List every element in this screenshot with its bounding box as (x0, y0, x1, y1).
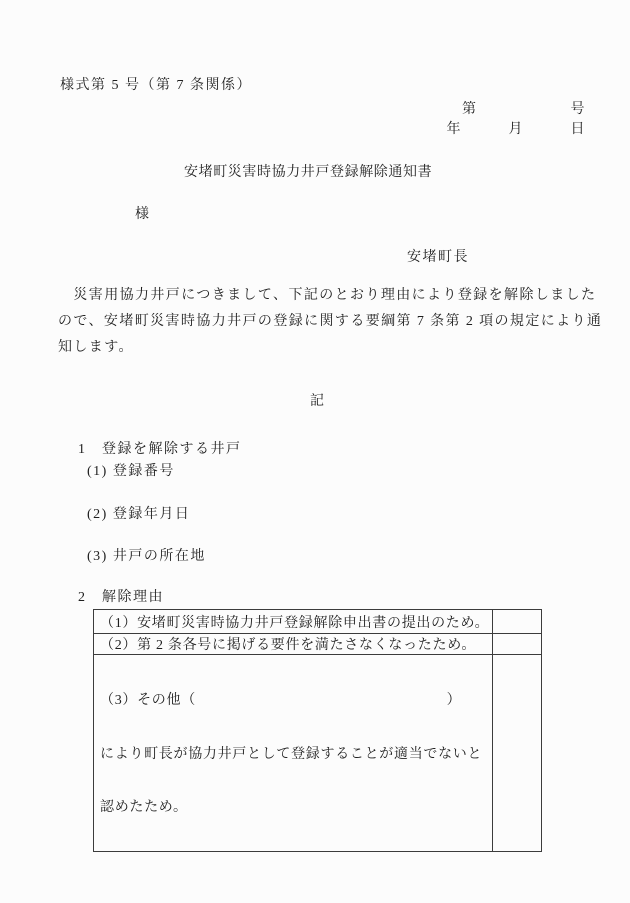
body-paragraph: 災害用協力井戸につきまして、下記のとおり理由により登録を解除しました ので、安堵… (58, 283, 603, 361)
form-number: 様式第 5 号（第 7 条関係） (60, 78, 252, 94)
section1-item-registration-number: (1) 登録番号 (87, 464, 175, 480)
section1-heading: 1 登録を解除する井戸 (78, 442, 242, 458)
reason-row-1: （1）安堵町災害時協力井戸登録解除申出書の提出のため。 (94, 610, 542, 634)
section2-heading: 2 解除理由 (78, 590, 164, 606)
reason-row-3: （3）その他（ ） により町長が協力井戸として登録することが適当でないと 認めた… (94, 655, 542, 852)
addressee-honorific: 様 (135, 207, 151, 223)
body-line-2: ので、安堵町災害時協力井戸の登録に関する要綱第 7 条第 2 項の規定により通 (58, 309, 603, 335)
sender-name: 安堵町長 (407, 250, 469, 266)
reason-3-close-paren: ） (447, 690, 462, 712)
reason-check-cell-3 (493, 655, 542, 852)
reason-text-1: （1）安堵町災害時協力井戸登録解除申出書の提出のため。 (94, 610, 493, 634)
section1-item-well-location: (3) 井戸の所在地 (87, 549, 206, 565)
reason-3-open: （3）その他（ (100, 690, 196, 712)
reason-3-line-3: 認めたため。 (100, 797, 489, 819)
reason-check-cell-1 (493, 610, 542, 634)
cancellation-reason-table: （1）安堵町災害時協力井戸登録解除申出書の提出のため。 （2）第 2 条各号に掲… (93, 609, 542, 852)
record-marker: 記 (310, 394, 326, 410)
body-line-3: 知します。 (58, 335, 603, 361)
reason-3-line-2: により町長が協力井戸として登録することが適当でないと (100, 744, 489, 766)
reason-check-cell-2 (493, 634, 542, 655)
document-number-line: 第 号 (462, 102, 586, 118)
reason-text-3: （3）その他（ ） により町長が協力井戸として登録することが適当でないと 認めた… (94, 655, 493, 852)
reason-3-blank (196, 690, 447, 712)
reason-3-line-1: （3）その他（ ） (100, 690, 489, 712)
document-title: 安堵町災害時協力井戸登録解除通知書 (184, 165, 432, 181)
reason-row-2: （2）第 2 条各号に掲げる要件を満たさなくなったため。 (94, 634, 542, 655)
document-page: 様式第 5 号（第 7 条関係） 第 号 年 月 日 安堵町災害時協力井戸登録解… (0, 0, 630, 903)
section1-item-registration-date: (2) 登録年月日 (87, 507, 190, 523)
body-line-1: 災害用協力井戸につきまして、下記のとおり理由により登録を解除しました (58, 283, 603, 309)
reason-text-2: （2）第 2 条各号に掲げる要件を満たさなくなったため。 (94, 634, 493, 655)
date-line: 年 月 日 (447, 122, 587, 138)
